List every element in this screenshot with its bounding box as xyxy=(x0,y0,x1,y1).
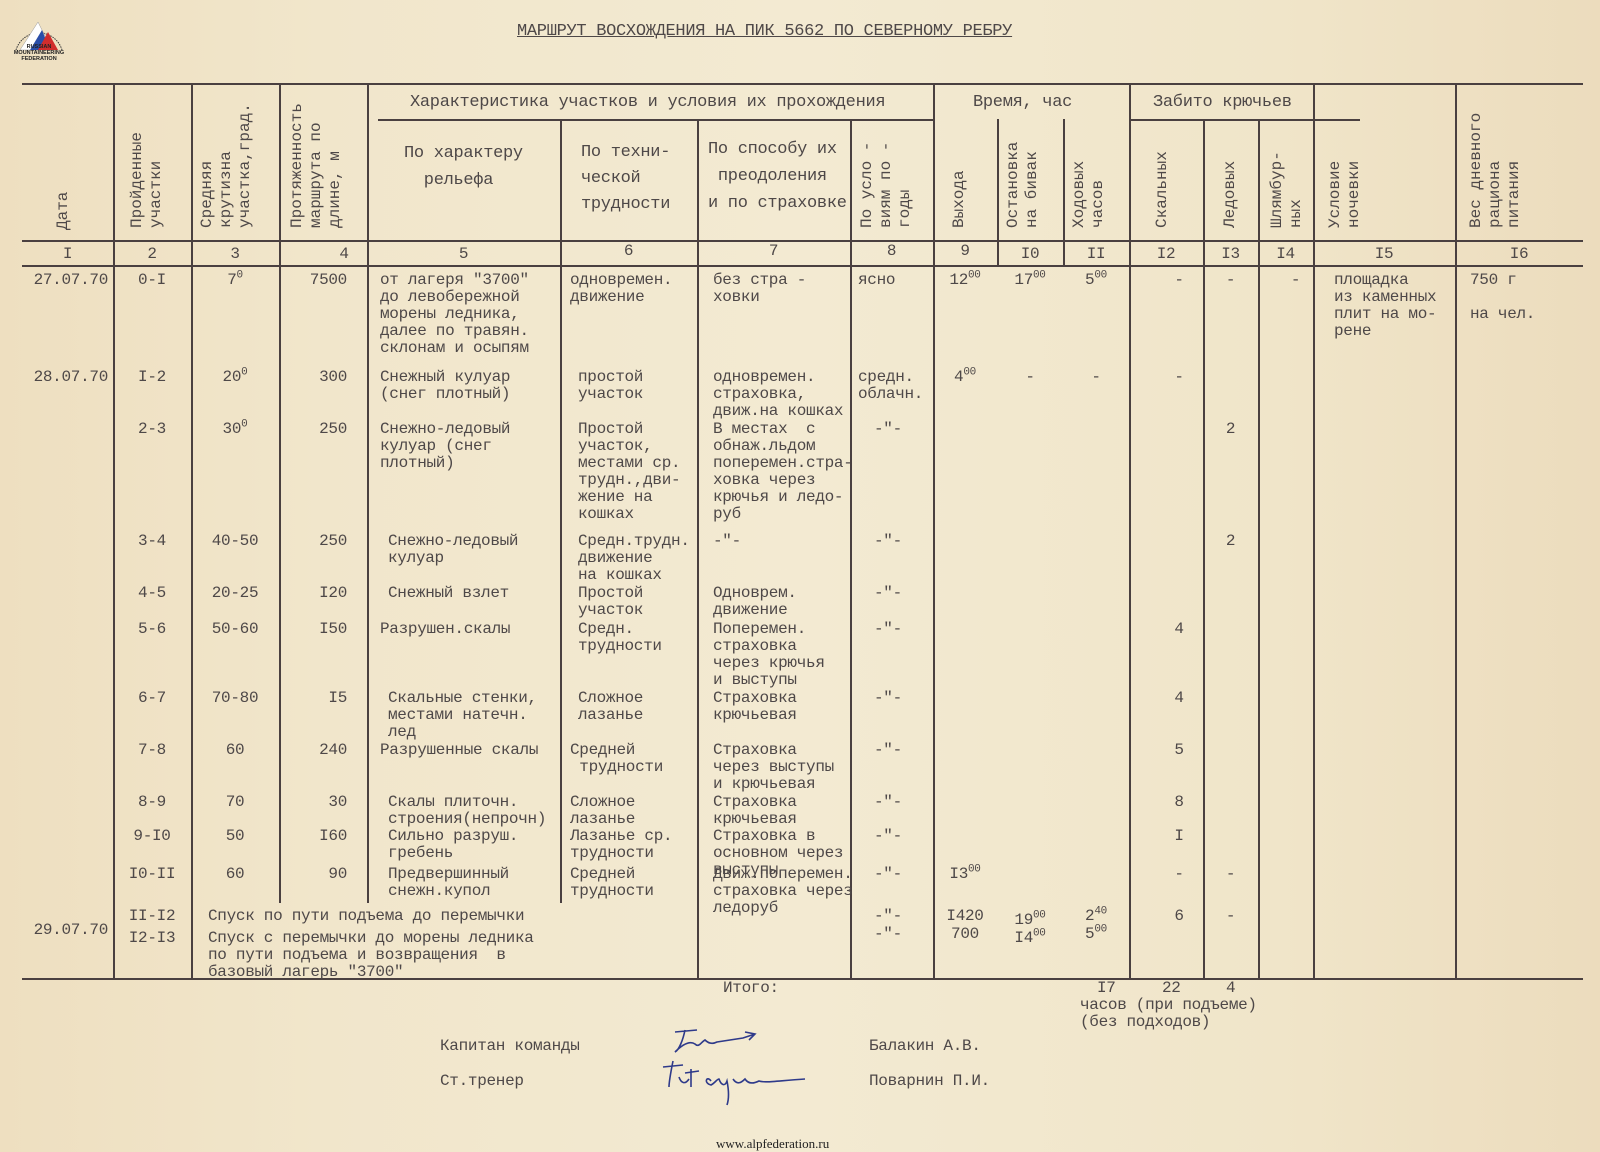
cell-exit: 1200 xyxy=(933,272,997,289)
cell-method: Страховка крючьевая xyxy=(713,690,858,724)
cell-section: 8-9 xyxy=(113,794,191,811)
cell-length: I50 xyxy=(279,621,347,638)
cell-relief: Предвершинный снежн.купол xyxy=(388,866,568,900)
cell-night: площадка из каменных плит на мо- рене xyxy=(1334,272,1455,340)
cell-section: I0-II xyxy=(113,866,191,883)
header-col-difficulty: По техни- ческой трудности xyxy=(581,140,670,218)
totals-note-1: часов (при подъеме) xyxy=(1080,997,1257,1014)
cell-hours: 500 xyxy=(1063,926,1129,943)
cell-exit: I300 xyxy=(933,866,997,883)
cell-exit: 400 xyxy=(933,369,997,386)
col-num: I3 xyxy=(1203,246,1258,263)
cell-difficulty: Средн.трудн. движение на кошках xyxy=(578,533,705,584)
cell-steepness: 70-80 xyxy=(191,690,279,707)
cell-weather: -"- xyxy=(874,533,949,550)
col-num: 2 xyxy=(113,246,191,263)
cell-bolt: - xyxy=(1258,272,1333,289)
cell-difficulty: простой участок xyxy=(578,369,705,403)
cell-relief: Снежно-ледовый кулуар xyxy=(388,533,568,567)
cell-section: 7-8 xyxy=(113,742,191,759)
cell-steepness: 40-50 xyxy=(191,533,279,550)
footer-url: www.alpfederation.ru xyxy=(716,1136,829,1152)
captain-handwritten-signature xyxy=(665,1020,775,1060)
col-num: I xyxy=(22,246,113,263)
cell-weather: -"- xyxy=(874,690,949,707)
signature-name-captain: Балакин А.В. xyxy=(869,1038,981,1055)
totals-note-2: (без подходов) xyxy=(1080,1014,1210,1031)
header-col-rock-pitons: Скальных xyxy=(1153,140,1172,228)
cell-length: 250 xyxy=(279,421,347,438)
col-num: II xyxy=(1063,246,1129,263)
signature-role-coach: Ст.тренер xyxy=(440,1073,524,1090)
cell-bivouac: 1900 xyxy=(997,912,1063,929)
cell-weather: -"- xyxy=(874,585,949,602)
cell-steepness: 60 xyxy=(191,742,279,759)
cell-relief: Скалы плиточн. строения(непрочн) xyxy=(388,794,568,828)
cell-ice: - xyxy=(1203,908,1258,925)
cell-relief: Спуск по пути подъема до перемычки xyxy=(208,908,708,925)
header-col-night-conditions: Условие ночевки xyxy=(1326,150,1364,228)
totals-rock-pitons: 22 xyxy=(1162,980,1181,997)
header-col-walking-hours: Ходовых часов xyxy=(1070,150,1108,228)
cell-ice: - xyxy=(1203,866,1258,883)
cell-ration: 750 г на чел. xyxy=(1470,272,1580,323)
cell-relief: Разрушен.скалы xyxy=(380,621,560,638)
cell-steepness: 70 xyxy=(191,272,279,289)
cell-steepness: 50-60 xyxy=(191,621,279,638)
cell-section: II-I2 xyxy=(113,908,191,925)
cell-weather: -"- xyxy=(874,621,949,638)
header-col-relief: По характеру рельефа xyxy=(404,140,523,194)
cell-weather: -"- xyxy=(874,828,949,845)
col-num: 8 xyxy=(850,243,933,260)
header-col-steepness: Средняя крутизна участка,град. xyxy=(198,90,255,228)
cell-section: I2-I3 xyxy=(113,930,191,947)
cell-method: В местах с обнаж.льдом поперемен.стра- х… xyxy=(713,421,858,523)
cell-exit: 700 xyxy=(933,926,997,943)
cell-method: -"- xyxy=(713,533,858,550)
cell-method: без стра - ховки xyxy=(713,272,858,306)
cell-section: 6-7 xyxy=(113,690,191,707)
cell-rock: 4 xyxy=(1129,621,1229,638)
cell-length: I5 xyxy=(279,690,347,707)
cell-method: Одноврем. движение xyxy=(713,585,858,619)
cell-relief: Сильно разруш. гребень xyxy=(388,828,568,862)
cell-section: 5-6 xyxy=(113,621,191,638)
totals-ice-pitons: 4 xyxy=(1226,980,1235,997)
cell-date: 29.07.70 xyxy=(20,922,108,939)
cell-relief: от лагеря "3700" до левобережной морены … xyxy=(380,272,560,357)
col-num: 3 xyxy=(191,246,279,263)
header-col-sections: Пройденные участки xyxy=(128,100,166,228)
header-col-ration: Вес дневного рациона питания xyxy=(1467,100,1524,228)
cell-rock: I xyxy=(1129,828,1229,845)
cell-difficulty: Сложное лазанье xyxy=(570,794,697,828)
cell-method: Движ.поперемен. страховка через ледоруб xyxy=(713,866,858,917)
cell-length: 240 xyxy=(279,742,347,759)
col-num: 9 xyxy=(933,243,997,260)
header-group-pitons: Забито крючьев xyxy=(1153,94,1292,111)
col-num: I5 xyxy=(1313,246,1455,263)
cell-section: 9-I0 xyxy=(113,828,191,845)
cell-ice: 2 xyxy=(1203,421,1258,438)
cell-length: 300 xyxy=(279,369,347,386)
col-num: I4 xyxy=(1258,246,1313,263)
cell-weather: -"- xyxy=(874,742,949,759)
document-title: МАРШРУТ ВОСХОЖДЕНИЯ НА ПИК 5662 ПО СЕВЕР… xyxy=(517,22,1012,41)
cell-rock: 5 xyxy=(1129,742,1229,759)
cell-date: 27.07.70 xyxy=(20,272,108,289)
cell-relief: Разрушенные скалы xyxy=(380,742,560,759)
cell-steepness: 300 xyxy=(191,421,279,438)
cell-difficulty: одновремен. движение xyxy=(570,272,697,306)
cell-bivouac: - xyxy=(997,369,1063,386)
header-group-characteristics: Характеристика участков и условия их про… xyxy=(410,94,885,111)
cell-bivouac: I400 xyxy=(997,930,1063,947)
header-col-date: Дата xyxy=(54,130,73,230)
cell-difficulty: Простой участок xyxy=(578,585,705,619)
logo-caption: RUSSIAN MOUNTAINEERING FEDERATION xyxy=(6,44,72,62)
cell-steepness: 60 xyxy=(191,866,279,883)
cell-difficulty: Средн. трудности xyxy=(578,621,705,655)
cell-weather: -"- xyxy=(874,421,949,438)
cell-relief: Скальные стенки, местами натечн. лед xyxy=(388,690,568,741)
signature-role-captain: Капитан команды xyxy=(440,1038,580,1055)
header-col-bivouac: Остановка на бивак xyxy=(1004,128,1042,228)
cell-relief: Снежно-ледовый кулуар (снег плотный) xyxy=(380,421,560,472)
col-num: 7 xyxy=(697,243,850,260)
col-num: I6 xyxy=(1455,246,1583,263)
cell-relief: Спуск с перемычки до морены ледника по п… xyxy=(208,930,708,981)
cell-bivouac: 1700 xyxy=(997,272,1063,289)
cell-difficulty: Простой участок, местами ср. трудн.,дви-… xyxy=(578,421,705,523)
col-num: 6 xyxy=(560,243,697,260)
cell-hours: 500 xyxy=(1063,272,1129,289)
cell-weather: ясно xyxy=(858,272,933,289)
totals-label: Итого: xyxy=(723,980,779,997)
cell-steepness: 20-25 xyxy=(191,585,279,602)
col-num: 5 xyxy=(367,246,560,263)
cell-section: 2-3 xyxy=(113,421,191,438)
cell-difficulty: Лазанье ср. трудности xyxy=(570,828,697,862)
header-col-length: Протяженность маршрута по длине, м xyxy=(288,88,345,228)
header-col-bolts: Шлямбур- ных xyxy=(1268,140,1306,228)
cell-rock: 4 xyxy=(1129,690,1229,707)
cell-ice: - xyxy=(1203,272,1258,289)
cell-steepness: 50 xyxy=(191,828,279,845)
header-col-method: По способу их преодоления и по страховке xyxy=(708,136,847,217)
cell-section: 3-4 xyxy=(113,533,191,550)
cell-steepness: 70 xyxy=(191,794,279,811)
cell-weather: средн. облачн. xyxy=(858,369,933,403)
cell-length: 7500 xyxy=(279,272,347,289)
cell-rock: 8 xyxy=(1129,794,1229,811)
cell-rock: - xyxy=(1129,369,1229,386)
header-col-exit: Выхода xyxy=(950,150,969,228)
cell-steepness: 200 xyxy=(191,369,279,386)
cell-relief: Снежный взлет xyxy=(388,585,568,602)
cell-weather: -"- xyxy=(874,794,949,811)
header-col-weather: По усло - виям по - годы xyxy=(858,126,915,228)
cell-difficulty: Сложное лазанье xyxy=(578,690,705,724)
cell-method: Поперемен. страховка через крючья и выст… xyxy=(713,621,858,689)
cell-method: одновремен. страховка, движ.на кошках xyxy=(713,369,858,420)
col-num: I0 xyxy=(997,246,1063,263)
cell-section: 4-5 xyxy=(113,585,191,602)
cell-length: I60 xyxy=(279,828,347,845)
cell-ice: 2 xyxy=(1203,533,1258,550)
cell-section: I-2 xyxy=(113,369,191,386)
cell-hours: - xyxy=(1063,369,1129,386)
cell-length: I20 xyxy=(279,585,347,602)
cell-length: 250 xyxy=(279,533,347,550)
totals-hours: I7 xyxy=(1097,980,1116,997)
cell-hours: 240 xyxy=(1063,908,1129,925)
cell-relief: Снежный кулуар (снег плотный) xyxy=(380,369,560,403)
cell-exit: I420 xyxy=(933,908,997,925)
logo-line-3: FEDERATION xyxy=(6,56,72,62)
cell-date: 28.07.70 xyxy=(20,369,108,386)
col-num: I2 xyxy=(1129,246,1203,263)
cell-length: 90 xyxy=(279,866,347,883)
header-group-time: Время, час xyxy=(973,94,1072,111)
coach-handwritten-signature xyxy=(655,1055,815,1110)
cell-section: 0-I xyxy=(113,272,191,289)
cell-method: Страховка крючьевая xyxy=(713,794,858,828)
cell-length: 30 xyxy=(279,794,347,811)
signature-name-coach: Поварнин П.И. xyxy=(869,1073,990,1090)
cell-difficulty: Средней трудности xyxy=(570,866,697,900)
cell-difficulty: Средней трудности xyxy=(570,742,697,776)
header-col-ice-pitons: Ледовых xyxy=(1221,148,1240,228)
cell-method: Страховка через выступы и крючьевая xyxy=(713,742,858,793)
